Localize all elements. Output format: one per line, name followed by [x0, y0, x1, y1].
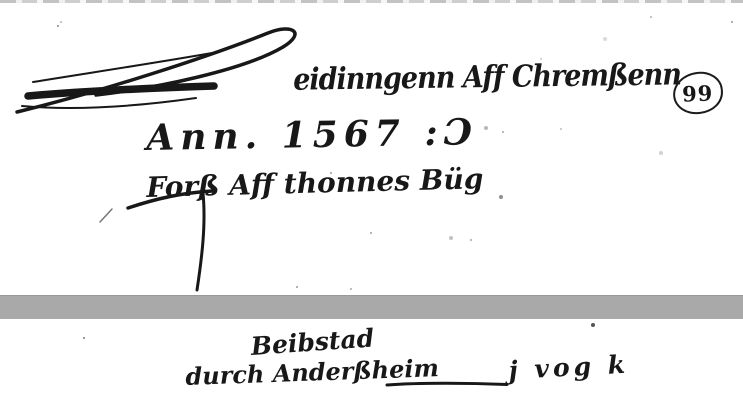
- tally-dash-line: [387, 383, 507, 385]
- entry-initial-flourish: [100, 191, 212, 290]
- title-initial-flourish: [17, 29, 295, 112]
- year-line: Ann. 1567 :Ɔ: [146, 113, 479, 158]
- lower-entry-amount: j vog k: [508, 351, 630, 385]
- entry-descender: [197, 193, 204, 290]
- flourish-loop: [17, 29, 295, 112]
- title-text: eidinngenn Aff Chremßenn: [293, 57, 681, 97]
- page-divider-band: [0, 295, 743, 319]
- flourish-thick-bar: [28, 86, 214, 96]
- stray-pen-stroke: [100, 209, 112, 222]
- flourish-upper-hairline: [33, 53, 212, 82]
- folio-number: 99: [682, 80, 714, 106]
- page-title: Leidinngenn Aff Chremßenn: [293, 59, 681, 98]
- manuscript-scan-page: Leidinngenn Aff Chremßenn Ann. 1567 :Ɔ F…: [0, 0, 743, 413]
